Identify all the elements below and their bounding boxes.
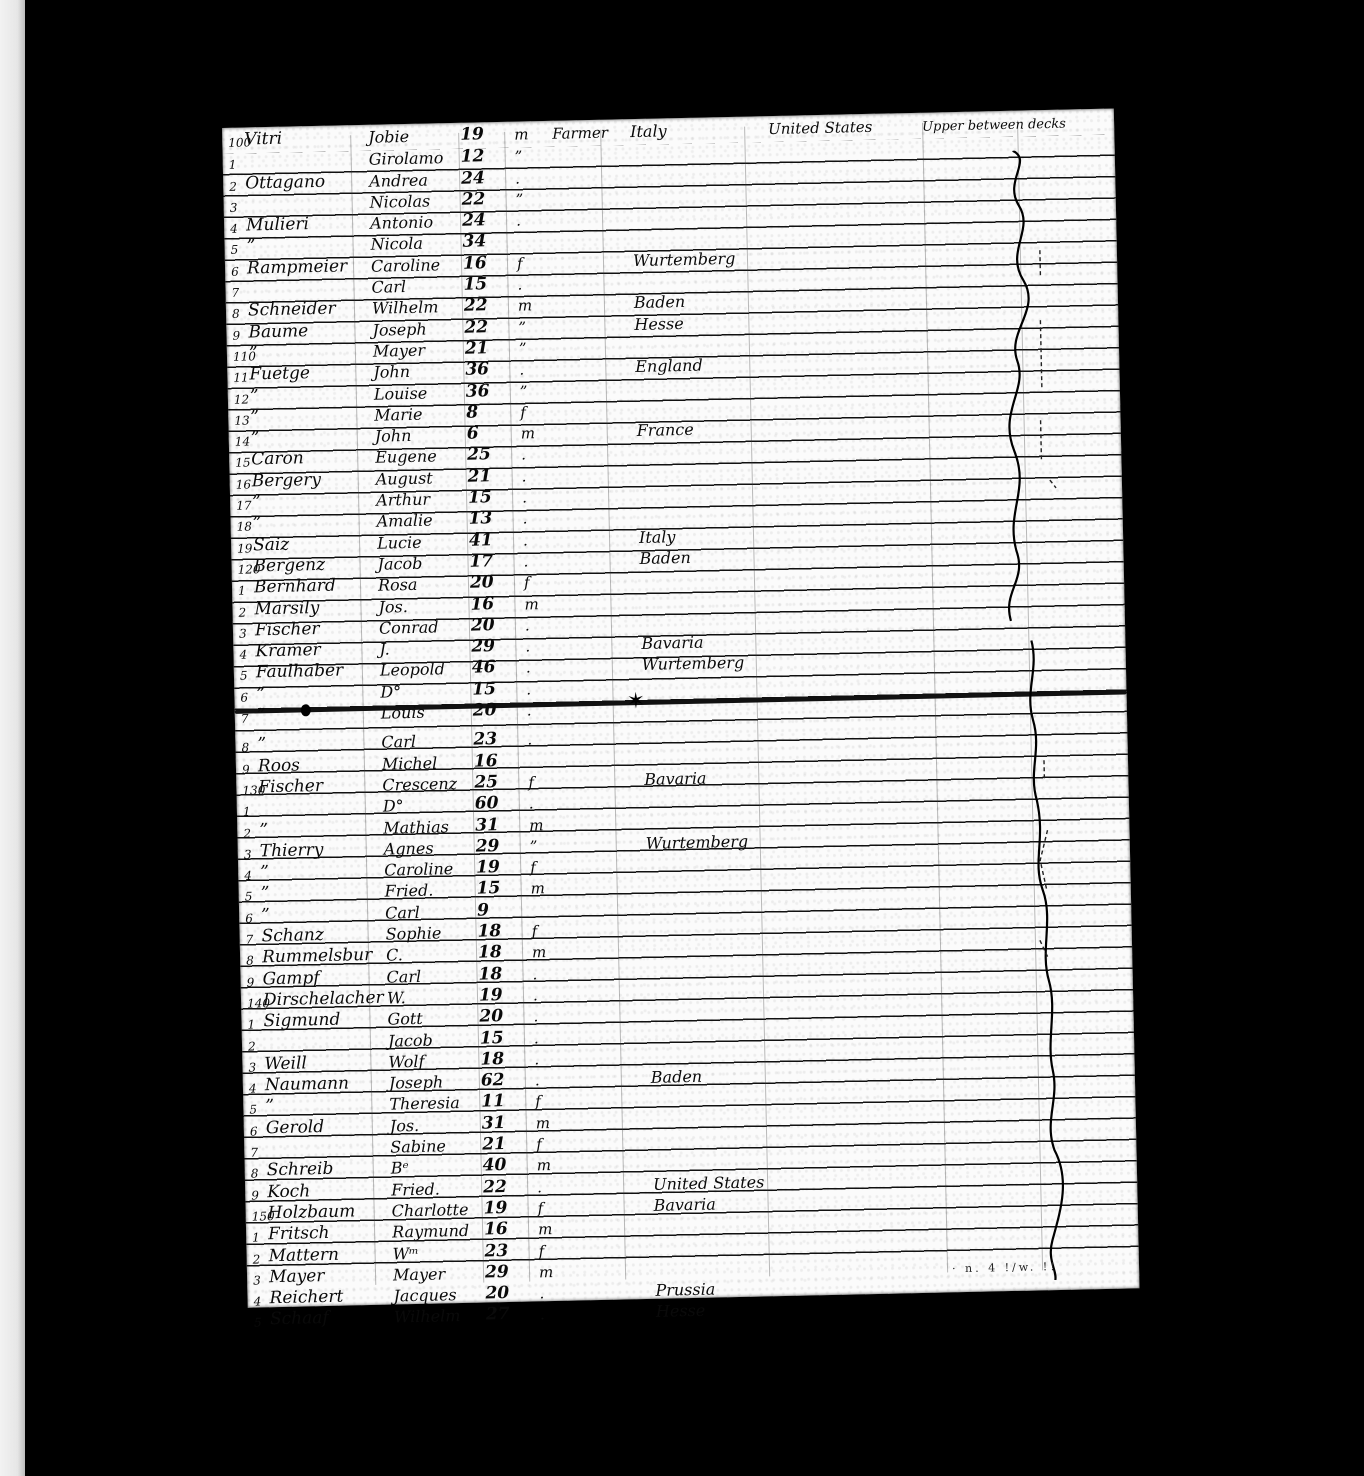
country-of-origin: Baden [639,548,691,568]
footer-marks: · n. 4 !/w. !! [952,1260,1058,1275]
surname: Fischer [255,619,320,640]
given-name: August [375,468,432,488]
entry-number: 11 [233,371,249,385]
country-of-origin: Wurtemberg [642,653,745,674]
sex: f [520,403,526,421]
given-name: Girolamo [369,148,444,169]
age: 22 [464,296,488,317]
sex: f [536,1135,542,1153]
sex: . [525,638,530,656]
entry-number: 8 [232,307,240,321]
age: 9 [477,900,489,920]
sex: . [519,361,524,379]
entry-number: 2 [229,179,237,193]
sex: . [515,169,520,187]
country-of-origin: Bavaria [641,633,704,653]
sex: . [523,552,528,570]
surname: Sigmund [263,1010,340,1032]
surname: Faulhaber [256,661,344,683]
age: 16 [484,1219,508,1240]
age: 24 [462,210,486,231]
entry-number: 6 [231,264,239,278]
given-name: Wilhelm [372,298,439,318]
age: 15 [480,1028,504,1049]
given-name: Eugene [375,447,437,467]
age: 13 [468,509,492,530]
surname: Schreib [267,1159,334,1180]
given-name: W. [387,988,406,1007]
sex: . [539,1284,544,1302]
age: 20 [473,700,497,721]
surname: Schneider [248,299,336,321]
given-name: Wolf [388,1052,424,1072]
country-of-origin: Hesse [656,1301,706,1321]
sex: f [528,773,534,791]
given-name: Gott [387,1009,423,1029]
entry-number: 1 [238,584,246,598]
sex: f [531,922,537,940]
entry-number: 1 [229,158,237,172]
given-name: Bᵉ [391,1159,409,1178]
sex: . [532,965,537,983]
entry-number: 7 [241,712,249,726]
given-name: Crescenz [382,774,457,795]
sex: m [518,297,533,315]
surname: Reichert [269,1287,343,1309]
given-name: Jacques [393,1285,457,1305]
given-name: Charlotte [391,1200,468,1221]
age: 6 [467,424,479,444]
age: 18 [478,942,502,963]
sex: . [526,659,531,677]
given-name: Andrea [369,170,428,190]
sex: . [540,1306,545,1324]
surname: Vitri [244,129,282,150]
surname: Roos [258,755,300,776]
age: 27 [486,1304,510,1325]
age: 23 [473,730,497,751]
entry-number: 9 [251,1188,259,1202]
sex: . [522,489,527,507]
entry-number: 1 [247,1018,255,1032]
age: 36 [465,360,489,381]
sex: m [530,880,545,898]
manifest-page: ✶ 100 Vitri Jobie 19 m Farmer Italy Unit… [222,109,1140,1308]
age: 62 [481,1070,505,1091]
sex: ” [515,148,523,166]
sex: ” [519,339,527,357]
surname: Koch [267,1181,310,1202]
age: 19 [460,125,484,146]
surname: Mayer [269,1266,325,1287]
sex: ” [515,190,523,208]
entry-number: 17 [236,499,252,513]
sex: m [529,816,544,834]
age: 46 [472,658,496,679]
country-of-origin: United States [653,1172,765,1193]
entry-number: 7 [250,1146,258,1160]
given-name: Carl [386,967,421,987]
age: 19 [476,857,500,878]
entry-number: 5 [254,1316,262,1330]
sex: . [527,701,532,719]
entry-number: 4 [230,222,238,236]
entry-number: 4 [239,648,247,662]
country-of-origin: Italy [639,527,676,547]
sex: . [522,510,527,528]
sex: f [524,574,530,592]
age: 29 [471,636,495,657]
age: 34 [462,232,486,253]
given-name: Caroline [371,255,440,276]
age: 23 [484,1241,508,1262]
given-name: Antonio [370,213,433,233]
destination: United States [768,118,873,138]
entry-number: 9 [242,762,250,776]
sex: . [521,446,526,464]
country-of-origin: Hesse [634,314,684,334]
age: 15 [476,879,500,900]
entry-number: 1 [243,805,251,819]
given-name: Leopold [380,660,445,680]
surname: Schanz [261,925,324,946]
entry-number: 4 [249,1082,257,1096]
age: 19 [479,985,503,1006]
given-name: Sophie [385,924,441,944]
surname: Gerold [266,1117,325,1138]
age: 24 [461,168,485,189]
given-name: Mayer [373,341,425,361]
sex: . [517,276,522,294]
entry-number: 6 [250,1124,258,1138]
country-of-origin: England [635,356,703,376]
surname: Marsily [254,598,319,619]
surname: Kramer [255,640,321,661]
sex: . [533,986,538,1004]
given-name: Caroline [384,859,453,880]
sex: m [537,1156,552,1174]
country-of-origin: Prussia [655,1280,715,1300]
entry-number: 3 [244,847,252,861]
given-name: C. [386,946,403,965]
sex: . [527,731,532,749]
age: 20 [485,1283,509,1304]
age: 20 [479,1006,503,1027]
given-name: John [373,362,410,382]
sex: . [525,616,530,634]
surname: Naumann [265,1074,350,1096]
surname: Rampmeier [247,256,348,278]
given-name: John [375,426,412,446]
age: 21 [465,338,489,359]
age: 21 [467,466,491,487]
surname: Caron [251,449,304,470]
given-name: Theresia [389,1094,460,1115]
given-name: Fried. [391,1179,440,1199]
entry-number: 3 [248,1060,256,1074]
given-name: Raymund [392,1221,469,1242]
given-name: Louise [374,383,428,403]
entry-number: 19 [237,541,253,555]
surname: ” [252,514,261,534]
country-of-origin: Wurtemberg [645,832,748,853]
given-name: Agnes [384,838,434,858]
entry-number: 4 [244,869,252,883]
sex: m [521,424,536,442]
country-of-origin: Baden [651,1067,703,1087]
entry-number: 12 [234,392,250,406]
age: 20 [471,615,495,636]
sex: . [533,1008,538,1026]
entry-number: 16 [236,477,252,491]
given-name: Jacob [377,554,422,574]
sex: f [517,254,523,272]
given-name: Michel [382,753,438,773]
given-name: Arthur [376,490,430,510]
surname: ” [257,705,266,725]
surname: Fischer [258,776,323,797]
age: 36 [466,381,490,402]
sex: ” [520,382,528,400]
age: 15 [472,679,496,700]
country-of-origin: Italy [630,122,667,142]
age: 16 [463,253,487,274]
entry-number: 9 [232,328,240,342]
surname: Gampf [262,968,319,989]
sex: ” [530,837,538,855]
given-name: D° [383,796,404,815]
entry-number: 2 [253,1252,261,1266]
age: 8 [466,402,478,422]
age: 31 [475,815,499,836]
surname: Fuetge [249,363,310,384]
age: 16 [474,751,498,772]
country-of-origin: France [636,420,693,440]
age: 25 [467,445,491,466]
country-of-origin: Bavaria [653,1194,716,1214]
entry-number: 6 [245,911,253,925]
sex: . [534,1029,539,1047]
country-of-origin: Baden [634,292,686,312]
entry-number: 3 [253,1273,261,1287]
entry-number: 2 [238,605,246,619]
given-name: Mayer [393,1264,445,1284]
entry-number: 4 [253,1295,261,1309]
entry-number: 8 [246,954,254,968]
given-name: Rosa [378,575,418,595]
given-name: Marie [374,405,423,425]
age: 21 [482,1134,506,1155]
entry-number: 5 [245,890,253,904]
age: 29 [476,836,500,857]
surname: ” [261,905,270,925]
entry-number: 7 [246,933,254,947]
sex: m [538,1220,553,1238]
entry-number: 9 [246,975,254,989]
age: 18 [480,1049,504,1070]
surname: ” [259,820,268,840]
surname: Fritsch [268,1223,330,1244]
surname: ” [260,862,269,882]
age: 22 [464,317,488,338]
sex: . [534,1050,539,1068]
surname: ” [252,492,261,512]
entry-number: 5 [240,669,248,683]
entry-number: 18 [237,520,253,534]
age: 25 [474,772,498,793]
given-name: Nicolas [369,191,430,211]
surname: ” [257,735,266,755]
given-name: Nicola [370,234,423,254]
surname: ” [250,407,259,427]
sex: m [539,1263,554,1281]
entry-number: 2 [243,826,251,840]
sex: . [516,212,521,230]
given-name: Fried. [384,881,433,901]
entry-number: 7 [231,286,239,300]
sex: m [514,126,529,144]
entry-number: 8 [251,1167,259,1181]
sex: f [535,1093,541,1111]
sex: . [535,1071,540,1089]
surname: Ottagano [245,171,325,193]
age: 17 [469,551,493,572]
sex: . [521,467,526,485]
surname: ” [250,386,259,406]
entry-number: 5 [231,243,239,257]
surname: ” [260,884,269,904]
given-name: Joseph [372,319,427,339]
age: 40 [482,1155,506,1176]
entry-number: 3 [230,201,238,215]
given-name: Mathias [383,817,449,837]
given-name: Louis [381,703,425,723]
sex: ” [518,318,526,336]
surname: Schaaf [270,1308,329,1329]
given-name: Jos. [378,597,408,617]
age: 60 [475,793,499,814]
surname: ” [246,237,255,257]
surname: Thierry [260,840,324,861]
surname: Baume [248,321,308,342]
surname: Bergenz [253,555,325,577]
given-name: Jacob [388,1030,433,1050]
location-on-ship: Upper between decks [922,117,1066,135]
surname: ” [256,684,265,704]
surname: ” [251,428,260,448]
sex: m [524,595,539,613]
age: 18 [477,921,501,942]
given-name: Joseph [389,1073,444,1093]
entry-number: 6 [240,690,248,704]
surname: Saiz [253,534,290,555]
age: 11 [481,1092,505,1113]
given-name: Carl [381,732,416,752]
age: 22 [483,1177,507,1198]
entry-number: 8 [241,741,249,755]
surname: Rummelsbur [262,945,373,967]
surname: Bernhard [254,576,336,598]
given-name: Amalie [376,511,432,531]
age: 41 [469,530,493,551]
surname: Bergery [251,470,321,492]
given-name: Wᵐ [392,1244,419,1264]
entry-number: 2 [248,1039,256,1053]
age: 18 [478,964,502,985]
given-name: Carl [371,277,406,297]
age: 31 [482,1113,506,1134]
country-of-origin: Bavaria [644,769,707,789]
age: 15 [463,274,487,295]
age: 20 [470,572,494,593]
entry-number: 15 [235,456,251,470]
given-name: Lucie [377,532,422,552]
entry-number: 5 [249,1103,257,1117]
surname: ” [265,1097,274,1117]
sex: m [532,944,547,962]
surname: Mulieri [246,214,309,235]
surname: Weill [264,1053,307,1074]
given-name: Jobie [368,127,409,147]
entry-number: 13 [234,413,250,427]
entry-number: 3 [239,626,247,640]
sex: f [537,1199,543,1217]
given-name: Jos. [390,1116,420,1136]
surname: Mattern [268,1244,339,1266]
sex: . [526,680,531,698]
sex: f [530,859,536,877]
given-name: Wilhelm [394,1307,461,1327]
entry-number: 14 [235,435,251,449]
given-name: Carl [385,903,420,923]
given-name: D° [380,682,401,701]
entry-number: 1 [252,1231,260,1245]
sex: . [523,531,528,549]
surname: ” [249,343,258,363]
occupation: Farmer [552,124,608,143]
given-name: Conrad [379,617,439,637]
age: 15 [468,487,492,508]
country-of-origin: Wurtemberg [633,249,736,270]
age: 16 [470,594,494,615]
surname: Dirschelacher [263,988,384,1011]
surname: Holzbaum [267,1201,355,1223]
sex: m [536,1114,551,1132]
given-name: Sabine [390,1136,446,1156]
scanner-edge-strip [0,0,25,1476]
age: 29 [485,1262,509,1283]
age: 22 [461,189,485,210]
age: 12 [460,147,484,168]
sex: f [538,1242,544,1260]
given-name: J. [379,640,390,659]
sex: . [529,795,534,813]
age: 19 [483,1198,507,1219]
sex: . [537,1178,542,1196]
